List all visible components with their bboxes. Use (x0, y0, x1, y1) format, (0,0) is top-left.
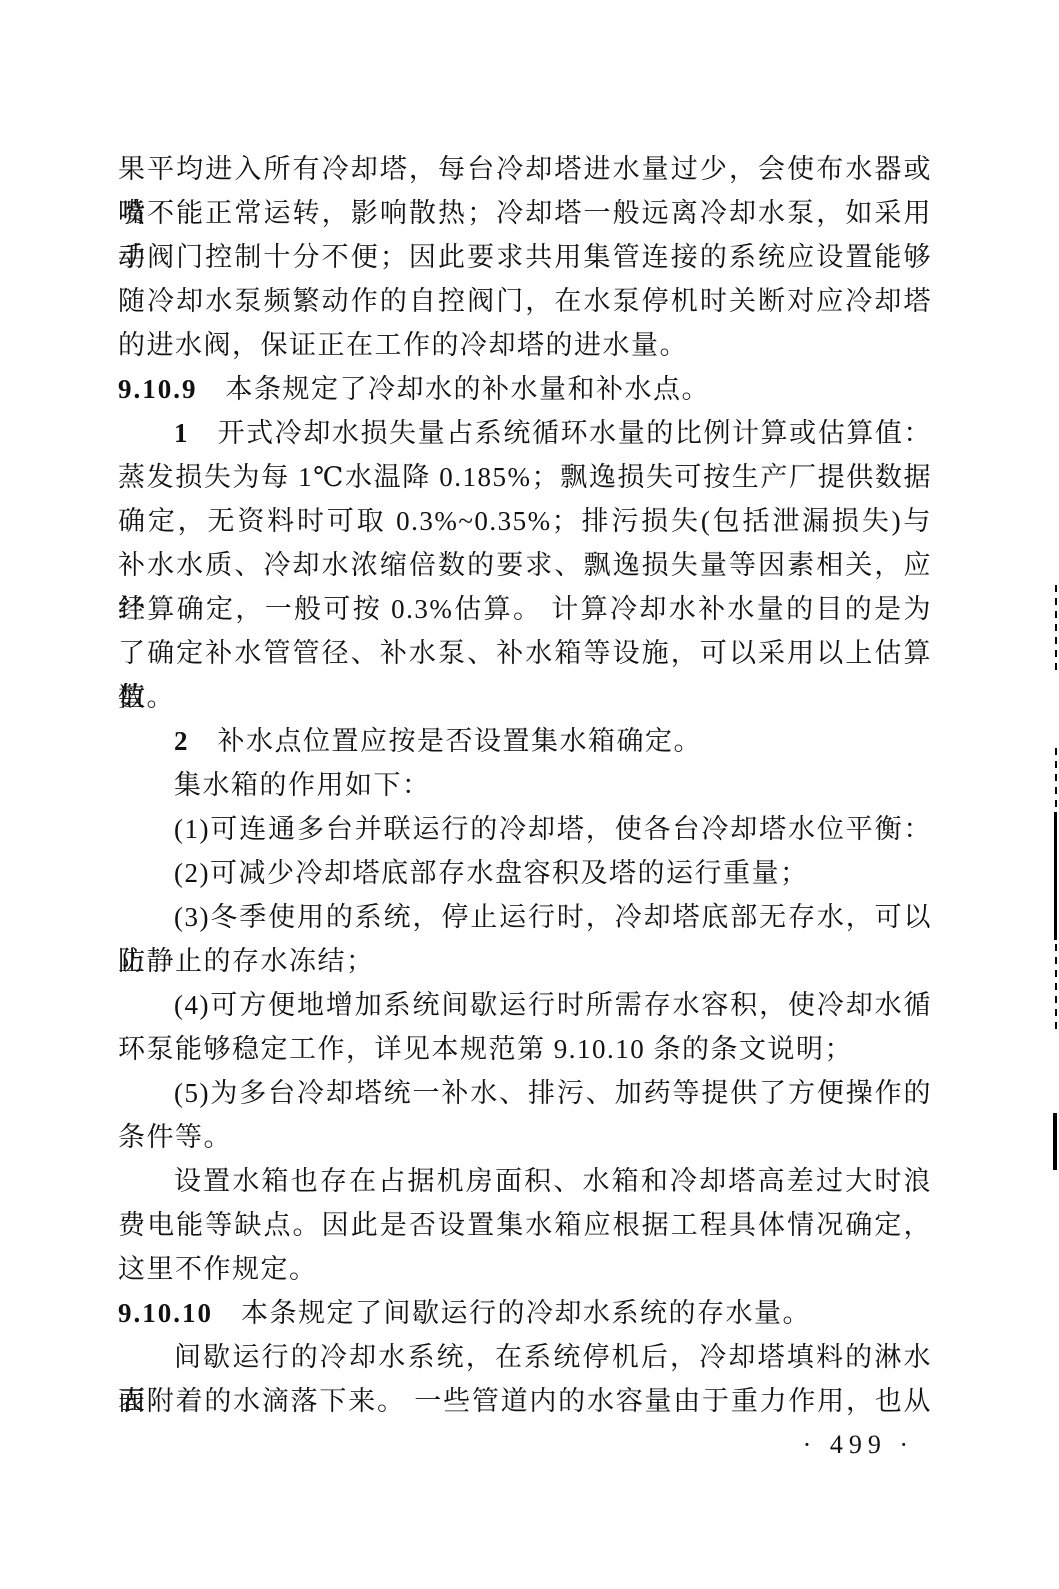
text-line: (5)为多台冷却塔统一补水、排污、加药等提供了方便操作的 (118, 1071, 932, 1115)
text-line: 环泵能够稳定工作，详见本规范第 9.10.10 条的条文说明； (118, 1027, 932, 1071)
scan-artifact-line (1055, 944, 1057, 1030)
text-line: 的进水阀，保证正在工作的冷却塔的进水量。 (118, 323, 932, 367)
line-text: 这里不作规定。 (118, 1254, 318, 1284)
line-text: (4)可方便地增加系统间歇运行时所需存水容积，使冷却水循 (174, 990, 932, 1020)
line-text: 集水箱的作用如下： (174, 770, 431, 800)
text-line: 蒸发损失为每 1℃水温降 0.185%；飘逸损失可按生产厂提供数据 (118, 455, 932, 499)
line-text: 动阀门控制十分不便；因此要求共用集管连接的系统应设置能够 (118, 242, 932, 272)
body-text-block: 果平均进入所有冷却塔，每台冷却塔进水量过少，会使布水器或喷嘴不能正常运转，影响散… (118, 147, 932, 1423)
text-line: 随冷却水泵频繁动作的自控阀门，在水泵停机时关断对应冷却塔 (118, 279, 932, 323)
scan-artifact-line (1053, 1113, 1057, 1170)
line-text: 止静止的存水冻结； (118, 946, 375, 976)
text-line: 补水水质、冷却水浓缩倍数的要求、飘逸损失量等因素相关，应经 (118, 543, 932, 587)
line-text: 的进水阀，保证正在工作的冷却塔的进水量。 (118, 330, 688, 360)
line-text: 确定，无资料时可取 0.3%~0.35%；排污损失(包括泄漏损失)与 (118, 506, 932, 536)
text-line: 值。 (118, 675, 932, 719)
line-text: 随冷却水泵频繁动作的自控阀门，在水泵停机时关断对应冷却塔 (118, 286, 932, 316)
line-text: 本条规定了冷却水的补水量和补水点。 (226, 374, 711, 404)
section-heading-line: 9.10.9本条规定了冷却水的补水量和补水点。 (118, 367, 932, 411)
text-line: 止静止的存水冻结； (118, 939, 932, 983)
clause-number: 2 (174, 726, 190, 756)
text-line: 条件等。 (118, 1115, 932, 1159)
text-line: 嘴不能正常运转，影响散热；冷却塔一般远离冷却水泵，如采用手 (118, 191, 932, 235)
text-line: 动阀门控制十分不便；因此要求共用集管连接的系统应设置能够 (118, 235, 932, 279)
line-text: 补水点位置应按是否设置集水箱确定。 (218, 726, 703, 756)
clause-number: 1 (174, 418, 190, 448)
line-text: 值。 (118, 682, 175, 712)
text-line: 确定，无资料时可取 0.3%~0.35%；排污损失(包括泄漏损失)与 (118, 499, 932, 543)
line-text: 蒸发损失为每 1℃水温降 0.185%；飘逸损失可按生产厂提供数据 (118, 462, 932, 492)
line-text: 计算确定，一般可按 0.3%估算。 计算冷却水补水量的目的是为 (118, 594, 932, 624)
text-line: 间歇运行的冷却水系统，在系统停机后，冷却塔填料的淋水表 (118, 1335, 932, 1379)
text-line: 集水箱的作用如下： (118, 763, 932, 807)
text-line: (4)可方便地增加系统间歇运行时所需存水容积，使冷却水循 (118, 983, 932, 1027)
text-line: 这里不作规定。 (118, 1247, 932, 1291)
page-number: · 499 · (118, 1430, 932, 1460)
line-text: 费电能等缺点。因此是否设置集水箱应根据工程具体情况确定， (118, 1210, 932, 1240)
line-text: 条件等。 (118, 1122, 232, 1152)
text-line: 计算确定，一般可按 0.3%估算。 计算冷却水补水量的目的是为 (118, 587, 932, 631)
line-text: 设置水箱也存在占据机房面积、水箱和冷却塔高差过大时浪 (174, 1166, 932, 1196)
text-line: 2补水点位置应按是否设置集水箱确定。 (118, 719, 932, 763)
text-line: 果平均进入所有冷却塔，每台冷却塔进水量过少，会使布水器或喷 (118, 147, 932, 191)
text-line: (1)可连通多台并联运行的冷却塔，使各台冷却塔水位平衡： (118, 807, 932, 851)
clause-number: 9.10.10 (118, 1298, 213, 1328)
line-text: (5)为多台冷却塔统一补水、排污、加药等提供了方便操作的 (174, 1078, 932, 1108)
scan-artifact-line (1055, 748, 1057, 810)
text-line: 设置水箱也存在占据机房面积、水箱和冷却塔高差过大时浪 (118, 1159, 932, 1203)
text-line: 面附着的水滴落下来。 一些管道内的水容量由于重力作用，也从 (118, 1379, 932, 1423)
text-line: (2)可减少冷却塔底部存水盘容积及塔的运行重量； (118, 851, 932, 895)
text-line: 1开式冷却水损失量占系统循环水量的比例计算或估算值： (118, 411, 932, 455)
line-text: (1)可连通多台并联运行的冷却塔，使各台冷却塔水位平衡： (174, 814, 932, 844)
scan-artifact-line (1055, 585, 1057, 670)
line-text: 开式冷却水损失量占系统循环水量的比例计算或估算值： (218, 418, 933, 448)
scan-artifact-line (1054, 812, 1057, 940)
line-text: 本条规定了间歇运行的冷却水系统的存水量。 (241, 1298, 811, 1328)
line-text: 环泵能够稳定工作，详见本规范第 9.10.10 条的条文说明； (118, 1034, 853, 1064)
clause-number: 9.10.9 (118, 374, 198, 404)
text-line: 了确定补水管管径、补水泵、补水箱等设施，可以采用以上估算数 (118, 631, 932, 675)
text-line: 费电能等缺点。因此是否设置集水箱应根据工程具体情况确定， (118, 1203, 932, 1247)
section-heading-line: 9.10.10本条规定了间歇运行的冷却水系统的存水量。 (118, 1291, 932, 1335)
scanned-document-page: 果平均进入所有冷却塔，每台冷却塔进水量过少，会使布水器或喷嘴不能正常运转，影响散… (0, 0, 1059, 1589)
line-text: (2)可减少冷却塔底部存水盘容积及塔的运行重量； (174, 858, 808, 888)
line-text: 面附着的水滴落下来。 一些管道内的水容量由于重力作用，也从 (118, 1386, 932, 1416)
text-line: (3)冬季使用的系统，停止运行时，冷却塔底部无存水，可以防 (118, 895, 932, 939)
